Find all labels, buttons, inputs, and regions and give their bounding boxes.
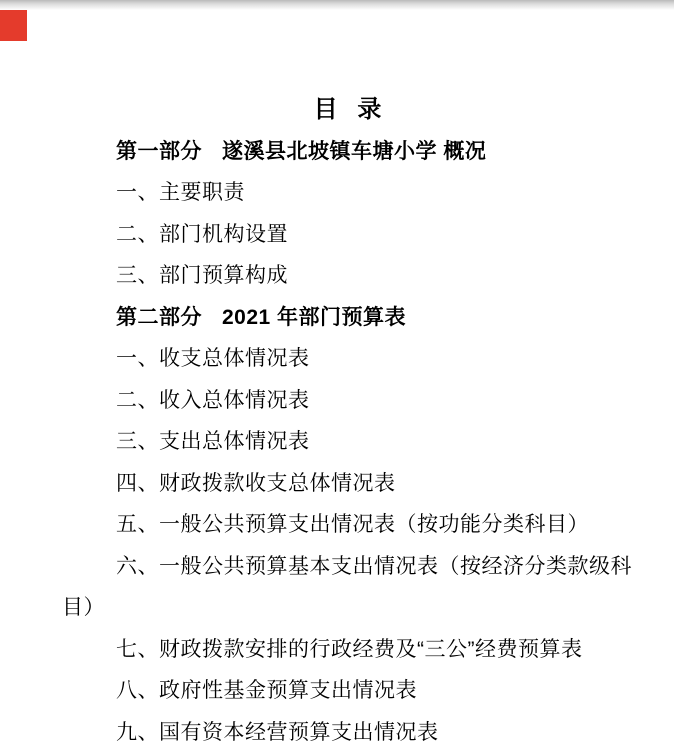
part2-title: 2021 年部门预算表 xyxy=(222,306,406,329)
toc-title: 目 录 xyxy=(62,89,634,131)
toc-item-part2-2: 二、收入总体情况表 xyxy=(62,380,634,422)
toc-item-part2-6: 六、一般公共预算基本支出情况表（按经济分类款级科目） xyxy=(62,546,634,629)
toc-item-part2-1: 一、收支总体情况表 xyxy=(62,338,634,380)
toc-item-part2-3: 三、支出总体情况表 xyxy=(62,421,634,463)
part1-heading: 第一部分遂溪县北坡镇车塘小学 概况 xyxy=(62,131,634,173)
window-top-edge xyxy=(0,0,674,10)
part2-label: 第二部分 xyxy=(116,306,202,329)
toc-item-part2-9: 九、国有资本经营预算支出情况表 xyxy=(62,712,634,751)
toc-item-part2-4: 四、财政拨款收支总体情况表 xyxy=(62,463,634,505)
toc-item-part1-2: 二、部门机构设置 xyxy=(62,214,634,256)
document-page: 目 录 第一部分遂溪县北坡镇车塘小学 概况 一、主要职责 二、部门机构设置 三、… xyxy=(0,0,674,751)
toc-item-part1-1: 一、主要职责 xyxy=(62,172,634,214)
table-of-contents: 目 录 第一部分遂溪县北坡镇车塘小学 概况 一、主要职责 二、部门机构设置 三、… xyxy=(62,89,634,751)
toc-item-part2-5: 五、一般公共预算支出情况表（按功能分类科目） xyxy=(62,504,634,546)
toc-item-part2-8: 八、政府性基金预算支出情况表 xyxy=(62,670,634,712)
part2-heading: 第二部分2021 年部门预算表 xyxy=(62,297,634,339)
toc-item-part1-3: 三、部门预算构成 xyxy=(62,255,634,297)
part1-label: 第一部分 xyxy=(116,140,202,163)
part1-title: 遂溪县北坡镇车塘小学 概况 xyxy=(222,140,486,163)
red-corner-mark xyxy=(0,10,27,41)
toc-item-part2-7: 七、财政拨款安排的行政经费及“三公”经费预算表 xyxy=(62,629,634,671)
